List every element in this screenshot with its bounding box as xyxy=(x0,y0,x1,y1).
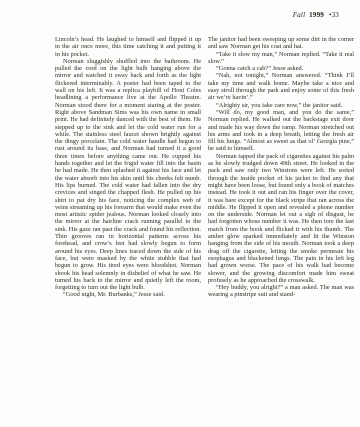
paragraph: “Will do, my good man, and you do the sa… xyxy=(208,109,354,153)
running-header: Fall 1999 •33 xyxy=(293,11,339,19)
header-year: 1999 xyxy=(309,11,324,19)
column-right: The janitor had been sweeping up some di… xyxy=(208,36,354,299)
paragraph: Lincoln’s head. He laughed to himself an… xyxy=(55,36,201,58)
paragraph: “Alrighty sir, you take care now,” the j… xyxy=(208,102,354,109)
journal-title: Fall xyxy=(293,11,305,19)
text-columns: Lincoln’s head. He laughed to himself an… xyxy=(55,36,355,299)
header-page-number: •33 xyxy=(329,11,339,19)
paragraph: “Hey buddy, you alright?” a man asked. T… xyxy=(208,284,354,299)
paragraph: “Take it slow my man,” Norman replied. “… xyxy=(208,51,354,66)
paragraph: “Good night, Mr. Burbanks,” Jesse said. xyxy=(55,291,201,298)
paragraph: “Gonna catch a cab?” Jesse asked. xyxy=(208,65,354,72)
magazine-page: Fall 1999 •33 Lincoln’s head. He laughed… xyxy=(0,0,360,427)
paragraph: “Nah, not tonight,” Norman answered. “Th… xyxy=(208,72,354,101)
paragraph: Norman sluggishly shuffled into the bath… xyxy=(55,58,201,292)
paragraph: Norman tapped the pack of cigarettes aga… xyxy=(208,153,354,284)
paragraph: The janitor had been sweeping up some di… xyxy=(208,36,354,51)
column-left: Lincoln’s head. He laughed to himself an… xyxy=(55,36,201,299)
